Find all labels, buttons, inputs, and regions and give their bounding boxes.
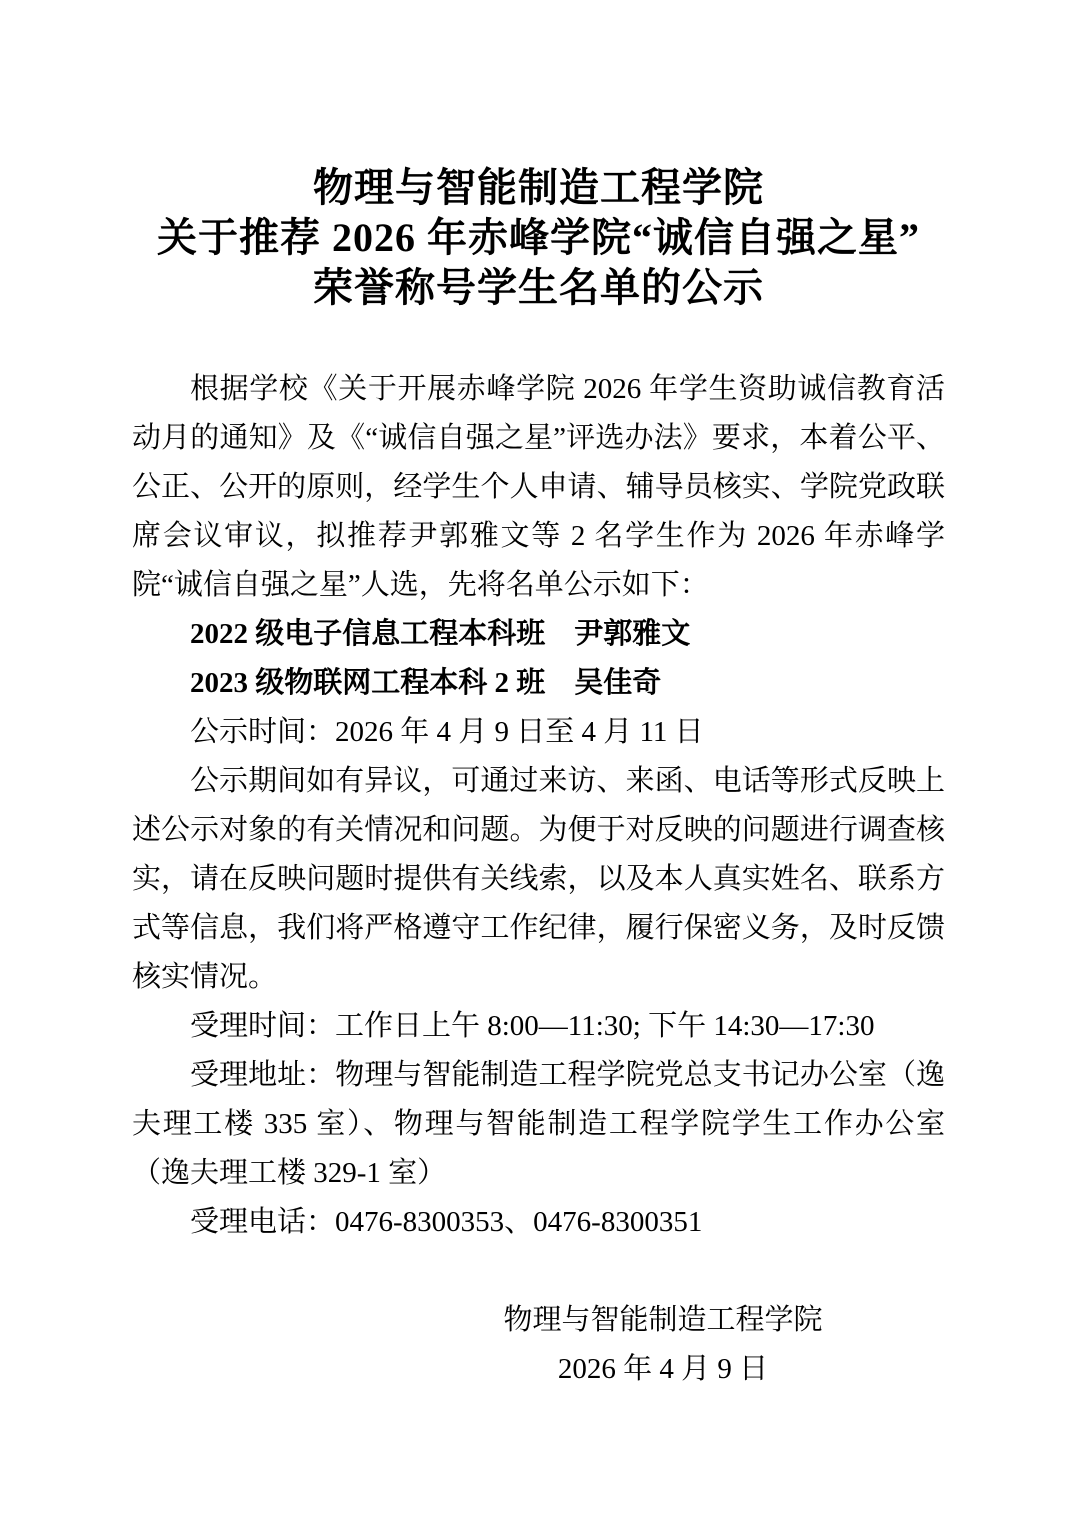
signature-block: 物理与智能制造工程学院 2026 年 4 月 9 日 bbox=[381, 1296, 945, 1394]
signature-org: 物理与智能制造工程学院 bbox=[381, 1296, 945, 1345]
student-list-item-2: 2023 级物联网工程本科 2 班 吴佳奇 bbox=[132, 659, 945, 708]
publicity-period-line: 公示时间：2026 年 4 月 9 日至 4 月 11 日 bbox=[132, 708, 945, 757]
acceptance-address-paragraph: 受理地址：物理与智能制造工程学院党总支书记办公室（逸夫理工楼 335 室）、物理… bbox=[132, 1051, 945, 1198]
notice-body: 根据学校《关于开展赤峰学院 2026 年学生资助诚信教育活动月的通知》及《“诚信… bbox=[132, 365, 945, 1247]
student-list-item-1: 2022 级电子信息工程本科班 尹郭雅文 bbox=[132, 610, 945, 659]
notice-title-line-2: 关于推荐 2026 年赤峰学院“诚信自强之星” bbox=[132, 213, 945, 263]
notice-title: 物理与智能制造工程学院 关于推荐 2026 年赤峰学院“诚信自强之星” 荣誉称号… bbox=[132, 163, 945, 313]
acceptance-phone-line: 受理电话：0476-8300353、0476-8300351 bbox=[132, 1198, 945, 1247]
acceptance-time-line: 受理时间：工作日上午 8:00—11:30; 下午 14:30—17:30 bbox=[132, 1002, 945, 1051]
notice-title-line-1: 物理与智能制造工程学院 bbox=[132, 163, 945, 213]
notice-document: 物理与智能制造工程学院 关于推荐 2026 年赤峰学院“诚信自强之星” 荣誉称号… bbox=[0, 0, 1080, 1527]
document-content: 物理与智能制造工程学院 关于推荐 2026 年赤峰学院“诚信自强之星” 荣誉称号… bbox=[132, 163, 945, 1394]
objection-paragraph: 公示期间如有异议，可通过来访、来函、电话等形式反映上述公示对象的有关情况和问题。… bbox=[132, 757, 945, 1002]
notice-title-line-3: 荣誉称号学生名单的公示 bbox=[132, 263, 945, 313]
signature-date: 2026 年 4 月 9 日 bbox=[381, 1345, 945, 1394]
intro-paragraph: 根据学校《关于开展赤峰学院 2026 年学生资助诚信教育活动月的通知》及《“诚信… bbox=[132, 365, 945, 610]
